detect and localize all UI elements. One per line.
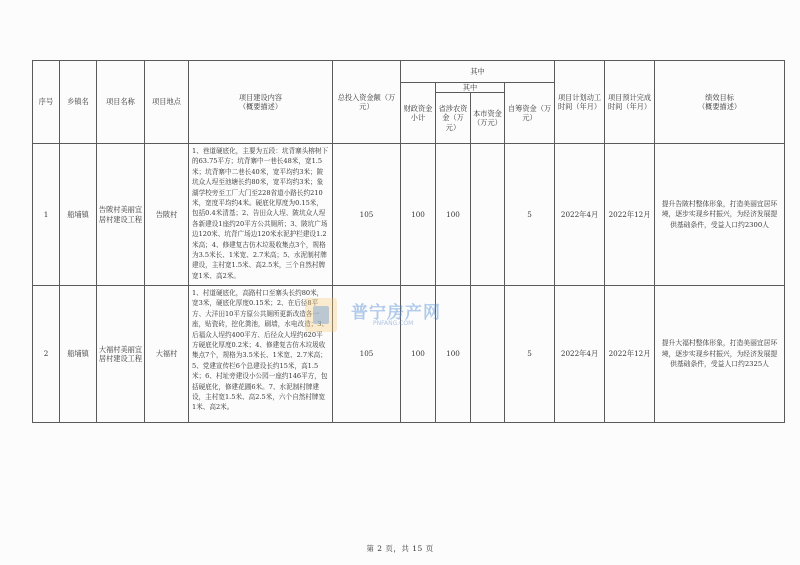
cell-location: 大福村	[145, 286, 189, 423]
header-goal-subtitle: （概要描述）	[656, 102, 783, 112]
header-location: 项目地点	[145, 61, 189, 144]
cell-seq: 1	[33, 144, 60, 286]
cell-content: 1、村道硬底化，高路村口至寨头长约80米，宽3米，硬底化厚度0.15米；2、在后…	[189, 286, 333, 423]
cell-fiscal-subtotal: 100	[401, 286, 436, 423]
project-table: 序号 乡镇名 项目名称 项目地点 项目建设内容 （概要描述） 总投入资金额（万元…	[32, 60, 785, 423]
header-content-subtitle: （概要描述）	[190, 102, 331, 112]
header-of-which-inner: 其中	[436, 83, 505, 93]
cell-self-raised: 5	[505, 286, 555, 423]
cell-total-investment: 105	[333, 286, 401, 423]
cell-provincial-agri: 100	[436, 144, 471, 286]
header-of-which: 其中	[401, 61, 555, 83]
cell-fiscal-subtotal: 100	[401, 144, 436, 286]
cell-project-name: 大福村美丽宜居村建设工程	[97, 286, 145, 423]
header-row-1: 序号 乡镇名 项目名称 项目地点 项目建设内容 （概要描述） 总投入资金额（万元…	[33, 61, 785, 83]
cell-planned-completion: 2022年12月	[605, 144, 655, 286]
header-planned-completion: 项目预计完成时间（年月）	[605, 61, 655, 144]
cell-planned-completion: 2022年12月	[605, 286, 655, 423]
document-page: 序号 乡镇名 项目名称 项目地点 项目建设内容 （概要描述） 总投入资金额（万元…	[0, 0, 800, 565]
cell-total-investment: 105	[333, 144, 401, 286]
cell-municipal	[471, 286, 505, 423]
cell-provincial-agri: 100	[436, 286, 471, 423]
cell-municipal	[471, 144, 505, 286]
cell-content: 1、巷道硬底化，主要为五段：坑背寨头榕树下的63.75平方；坑背寨中一巷长48米…	[189, 144, 333, 286]
header-content: 项目建设内容 （概要描述）	[189, 61, 333, 144]
header-fiscal-subtotal: 财政资金小计	[401, 83, 436, 144]
header-self-raised: 自筹资金（万元）	[505, 83, 555, 144]
cell-location: 告陂村	[145, 144, 189, 286]
cell-self-raised: 5	[505, 144, 555, 286]
header-goal: 绩效目标 （概要描述）	[655, 61, 785, 144]
header-municipal: 本市资金（万元）	[471, 93, 505, 144]
cell-town: 船埔镇	[60, 144, 97, 286]
header-content-title: 项目建设内容	[190, 93, 331, 103]
cell-town: 船埔镇	[60, 286, 97, 423]
cell-planned-start: 2022年4月	[555, 286, 605, 423]
cell-goal: 提升告陂村整体形象，打造美丽宜居环境，逐步实现乡村振兴，为经济发展提供基础条件，…	[655, 144, 785, 286]
cell-seq: 2	[33, 286, 60, 423]
header-total-investment: 总投入资金额（万元）	[333, 61, 401, 144]
header-provincial-agri: 省涉农资金（万元）	[436, 93, 471, 144]
table-row: 2 船埔镇 大福村美丽宜居村建设工程 大福村 1、村道硬底化，高路村口至寨头长约…	[33, 286, 785, 423]
header-town: 乡镇名	[60, 61, 97, 144]
cell-project-name: 告陂村美丽宜居村建设工程	[97, 144, 145, 286]
cell-goal: 提升大福村整体形象，打造美丽宜居环境，逐步实现乡村振兴，为经济发展提供基础条件，…	[655, 286, 785, 423]
header-planned-start: 项目计划动工时间（年月）	[555, 61, 605, 144]
table-row: 1 船埔镇 告陂村美丽宜居村建设工程 告陂村 1、巷道硬底化，主要为五段：坑背寨…	[33, 144, 785, 286]
header-seq: 序号	[33, 61, 60, 144]
page-footer: 第 2 页，共 15 页	[0, 543, 800, 554]
header-project-name: 项目名称	[97, 61, 145, 144]
header-goal-title: 绩效目标	[656, 93, 783, 103]
cell-planned-start: 2022年4月	[555, 144, 605, 286]
